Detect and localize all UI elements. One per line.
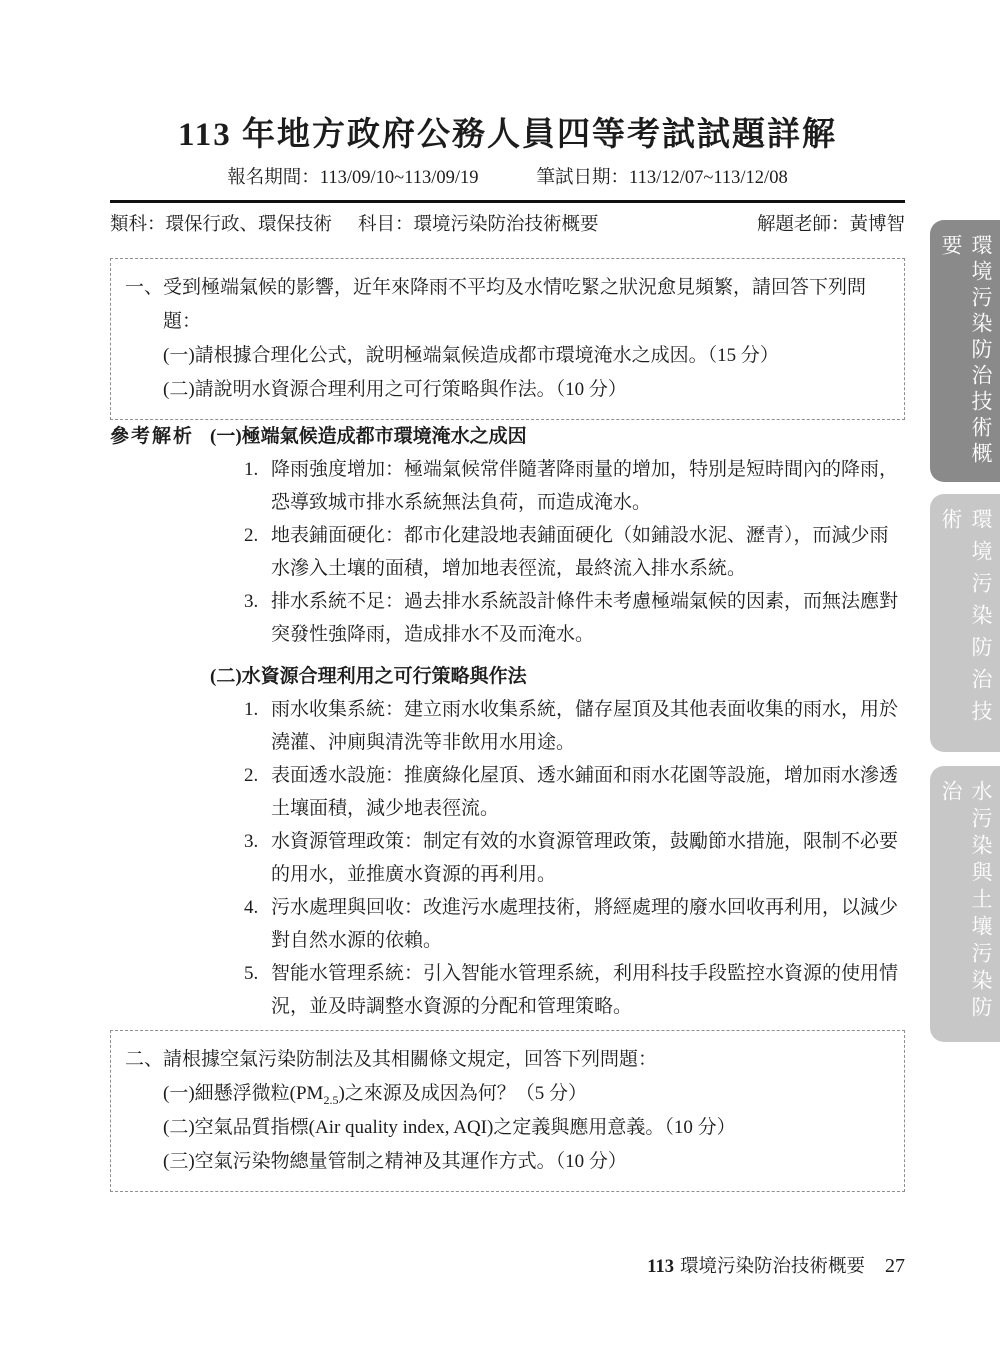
question-1-subitem: (一)請根據合理化公式，說明極端氣候造成都市環境淹水之成因。（15 分） xyxy=(163,339,890,373)
header-divider xyxy=(110,200,905,203)
subject-label: 科目：環境污染防治技術概要 xyxy=(358,212,599,238)
item-number: 5. xyxy=(244,957,271,1023)
meta-spacer xyxy=(599,212,757,238)
answer-item: 1. 雨水收集系統：建立雨水收集系統，儲存屋頂及其他表面收集的雨水，用於澆灌、沖… xyxy=(244,693,905,759)
answer-part-1-heading: (一)極端氣候造成都市環境淹水之成因 xyxy=(210,420,905,453)
pm-text-pre: (一)細懸浮微粒(PM xyxy=(163,1083,323,1104)
question-2-subitem: (二)空氣品質指標(Air quality index, AQI)之定義與應用意… xyxy=(163,1111,890,1145)
answer-item: 5. 智能水管理系統：引入智能水管理系統，利用科技手段監控水資源的使用情況，並及… xyxy=(244,957,905,1023)
item-text: 表面透水設施：推廣綠化屋頂、透水鋪面和雨水花園等設施，增加雨水滲透土壤面積，減少… xyxy=(271,759,905,825)
question-2-box: 二、 請根據空氣污染防制法及其相關條文規定，回答下列問題： (一)細懸浮微粒(P… xyxy=(110,1030,905,1192)
item-text: 智能水管理系統：引入智能水管理系統，利用科技手段監控水資源的使用情況，並及時調整… xyxy=(271,957,905,1023)
chapter-index-tabs: 環境污染防治技術概要 環境污染防治技術 水污染與土壤污染防治 xyxy=(930,0,1000,1353)
question-1-stem: 受到極端氣候的影響，近年來降雨不平均及水情吃緊之狀況愈見頻繁，請回答下列問題： xyxy=(163,271,890,339)
exam-dates-row: 報名期間：113/09/10~113/09/19 筆試日期：113/12/07~… xyxy=(110,163,905,189)
answer-part-2-heading: (二)水資源合理利用之可行策略與作法 xyxy=(210,660,905,693)
question-2-stem: 請根據空氣污染防制法及其相關條文規定，回答下列問題： xyxy=(163,1043,890,1077)
answer-item: 2. 表面透水設施：推廣綠化屋頂、透水鋪面和雨水花園等設施，增加雨水滲透土壤面積… xyxy=(244,759,905,825)
answer-part-1: (一)極端氣候造成都市環境淹水之成因 1. 降雨強度增加：極端氣候常伴隨著降雨量… xyxy=(210,420,905,651)
item-number: 2. xyxy=(244,519,271,585)
index-tab-label: 環境污染防治技術概要 xyxy=(935,234,995,482)
written-exam-date: 筆試日期：113/12/07~113/12/08 xyxy=(537,163,788,189)
item-text: 地表鋪面硬化：都市化建設地表鋪面硬化（如鋪設水泥、瀝青），而減少雨水滲入土壤的面… xyxy=(271,519,905,585)
answer-item: 4. 污水處理與回收：改進污水處理技術，將經處理的廢水回收再利用，以減少對自然水… xyxy=(244,891,905,957)
question-1-stem-row: 一、 受到極端氣候的影響，近年來降雨不平均及水情吃緊之狀況愈見頻繁，請回答下列問… xyxy=(125,271,890,339)
exam-title: 113 年地方政府公務人員四等考試試題詳解 xyxy=(110,108,905,155)
footer-subject: 環境污染防治技術概要 xyxy=(680,1257,865,1277)
question-2-stem-row: 二、 請根據空氣污染防制法及其相關條文規定，回答下列問題： xyxy=(125,1043,890,1077)
question-2-subitem: (三)空氣污染物總量管制之精神及其運作方式。（10 分） xyxy=(163,1145,890,1179)
item-number: 3. xyxy=(244,585,271,651)
item-number: 1. xyxy=(244,693,271,759)
item-text: 雨水收集系統：建立雨水收集系統，儲存屋頂及其他表面收集的雨水，用於澆灌、沖廁與清… xyxy=(271,693,905,759)
index-tab-air-pollution: 環境污染防治技術 xyxy=(930,494,1000,752)
answer-item: 1. 降雨強度增加：極端氣候常伴隨著降雨量的增加，特別是短時間內的降雨，恐導致城… xyxy=(244,453,905,519)
question-2-subitem: (一)細懸浮微粒(PM2.5)之來源及成因為何？（5 分） xyxy=(163,1077,890,1111)
question-1-box: 一、 受到極端氣候的影響，近年來降雨不平均及水情吃緊之狀況愈見頻繁，請回答下列問… xyxy=(110,258,905,420)
item-text: 污水處理與回收：改進污水處理技術，將經處理的廢水回收再利用，以減少對自然水源的依… xyxy=(271,891,905,957)
question-2-number: 二、 xyxy=(125,1043,163,1077)
meta-gap xyxy=(332,212,358,238)
item-number: 2. xyxy=(244,759,271,825)
item-text: 水資源管理政策：制定有效的水資源管理政策，鼓勵節水措施，限制不必要的用水，並推廣… xyxy=(271,825,905,891)
page-footer: 113環境污染防治技術概要27 xyxy=(110,1252,905,1278)
item-text: 排水系統不足：過去排水系統設計條件未考慮極端氣候的因素，而無法應對突發性強降雨，… xyxy=(271,585,905,651)
pm-subscript: 2.5 xyxy=(323,1093,338,1107)
answer-section: 參考解析 (一)極端氣候造成都市環境淹水之成因 1. 降雨強度增加：極端氣候常伴… xyxy=(110,420,905,1023)
answer-part-2: (二)水資源合理利用之可行策略與作法 1. 雨水收集系統：建立雨水收集系統，儲存… xyxy=(210,660,905,1023)
answer-body: (一)極端氣候造成都市環境淹水之成因 1. 降雨強度增加：極端氣候常伴隨著降雨量… xyxy=(210,420,905,1023)
teacher-label: 解題老師：黃博智 xyxy=(757,212,905,238)
question-1-number: 一、 xyxy=(125,271,163,339)
index-tab-label: 環境污染防治技術 xyxy=(935,508,995,752)
registration-period: 報名期間：113/09/10~113/09/19 xyxy=(227,163,478,189)
item-text: 降雨強度增加：極端氣候常伴隨著降雨量的增加，特別是短時間內的降雨，恐導致城市排水… xyxy=(271,453,905,519)
category-label: 類科：環保行政、環保技術 xyxy=(110,212,332,238)
item-number: 4. xyxy=(244,891,271,957)
scanned-exam-page: 113 年地方政府公務人員四等考試試題詳解 報名期間：113/09/10~113… xyxy=(0,0,1000,1353)
page-number: 27 xyxy=(885,1255,905,1277)
answer-item: 3. 排水系統不足：過去排水系統設計條件未考慮極端氣候的因素，而無法應對突發性強… xyxy=(244,585,905,651)
answer-item: 2. 地表鋪面硬化：都市化建設地表鋪面硬化（如鋪設水泥、瀝青），而減少雨水滲入土… xyxy=(244,519,905,585)
exam-meta-row: 類科：環保行政、環保技術 科目：環境污染防治技術概要 解題老師：黃博智 xyxy=(110,212,905,238)
footer-edition: 113 xyxy=(647,1257,674,1277)
index-tab-active-subject: 環境污染防治技術概要 xyxy=(930,220,1000,482)
index-tab-water-soil: 水污染與土壤污染防治 xyxy=(930,766,1000,1042)
index-tab-label: 水污染與土壤污染防治 xyxy=(935,780,995,1042)
answer-item: 3. 水資源管理政策：制定有效的水資源管理政策，鼓勵節水措施，限制不必要的用水，… xyxy=(244,825,905,891)
item-number: 3. xyxy=(244,825,271,891)
item-number: 1. xyxy=(244,453,271,519)
answer-label: 參考解析 xyxy=(110,420,210,1023)
question-1-subitem: (二)請說明水資源合理利用之可行策略與作法。（10 分） xyxy=(163,373,890,407)
pm-text-post: )之來源及成因為何？（5 分） xyxy=(338,1083,587,1104)
